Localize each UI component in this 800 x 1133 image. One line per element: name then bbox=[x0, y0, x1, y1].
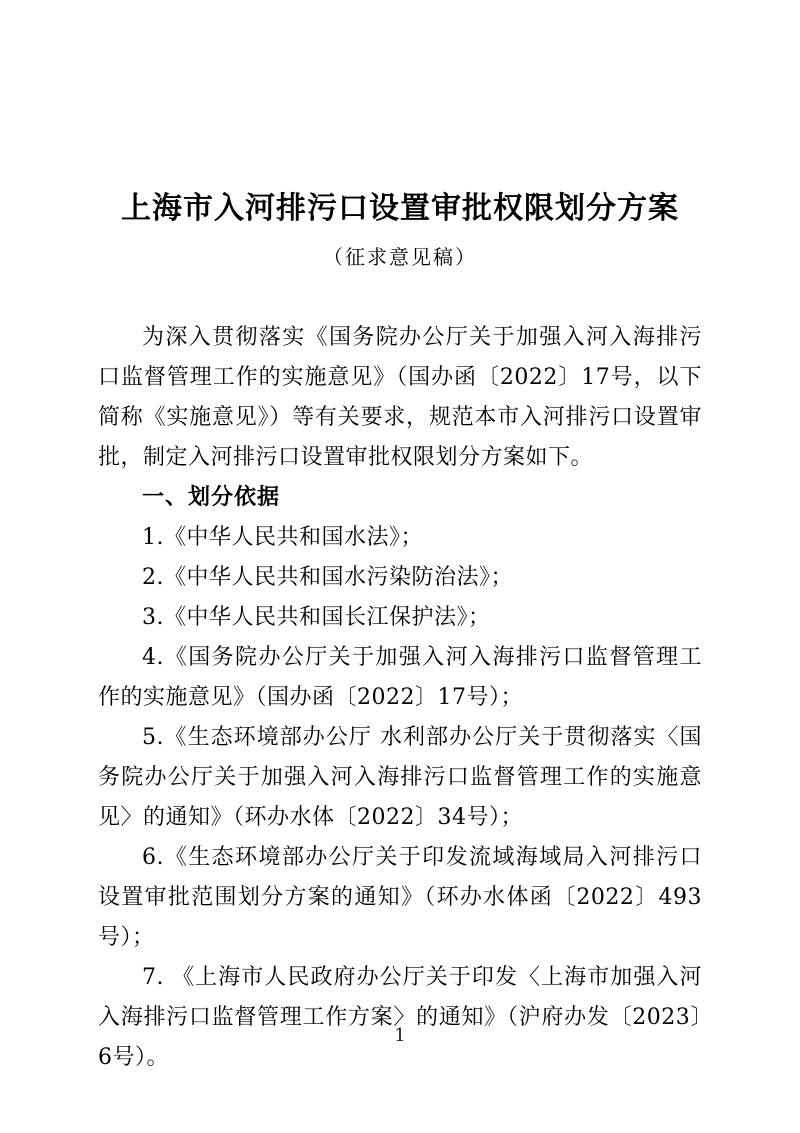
paragraph: 6.《生态环境部办公厅关于印发流域海域局入河排污口设置审批范围划分方案的通知》（… bbox=[98, 838, 702, 958]
paragraph: 7. 《上海市人民政府办公厅关于印发〈上海市加强入河入海排污口监督管理工作方案〉… bbox=[98, 958, 702, 1078]
document-page: 上海市入河排污口设置审批权限划分方案 （征求意见稿） 为深入贯彻落实《国务院办公… bbox=[0, 0, 800, 1133]
paragraph: 2.《中华人民共和国水污染防治法》； bbox=[98, 558, 702, 598]
paragraph: 为深入贯彻落实《国务院办公厅关于加强入河入海排污口监督管理工作的实施意见》（国办… bbox=[98, 318, 702, 478]
section-heading: 一、划分依据 bbox=[98, 478, 702, 518]
paragraph: 1.《中华人民共和国水法》； bbox=[98, 518, 702, 558]
paragraph: 5.《生态环境部办公厅 水利部办公厅关于贯彻落实〈国务院办公厅关于加强入河入海排… bbox=[98, 718, 702, 838]
paragraph: 4.《国务院办公厅关于加强入河入海排污口监督管理工作的实施意见》（国办函〔202… bbox=[98, 638, 702, 718]
document-title: 上海市入河排污口设置审批权限划分方案 bbox=[98, 190, 702, 228]
document-body: 为深入贯彻落实《国务院办公厅关于加强入河入海排污口监督管理工作的实施意见》（国办… bbox=[98, 318, 702, 1078]
page-number: 1 bbox=[0, 1024, 800, 1048]
paragraph: 3.《中华人民共和国长江保护法》； bbox=[98, 598, 702, 638]
document-subtitle: （征求意见稿） bbox=[98, 244, 702, 270]
